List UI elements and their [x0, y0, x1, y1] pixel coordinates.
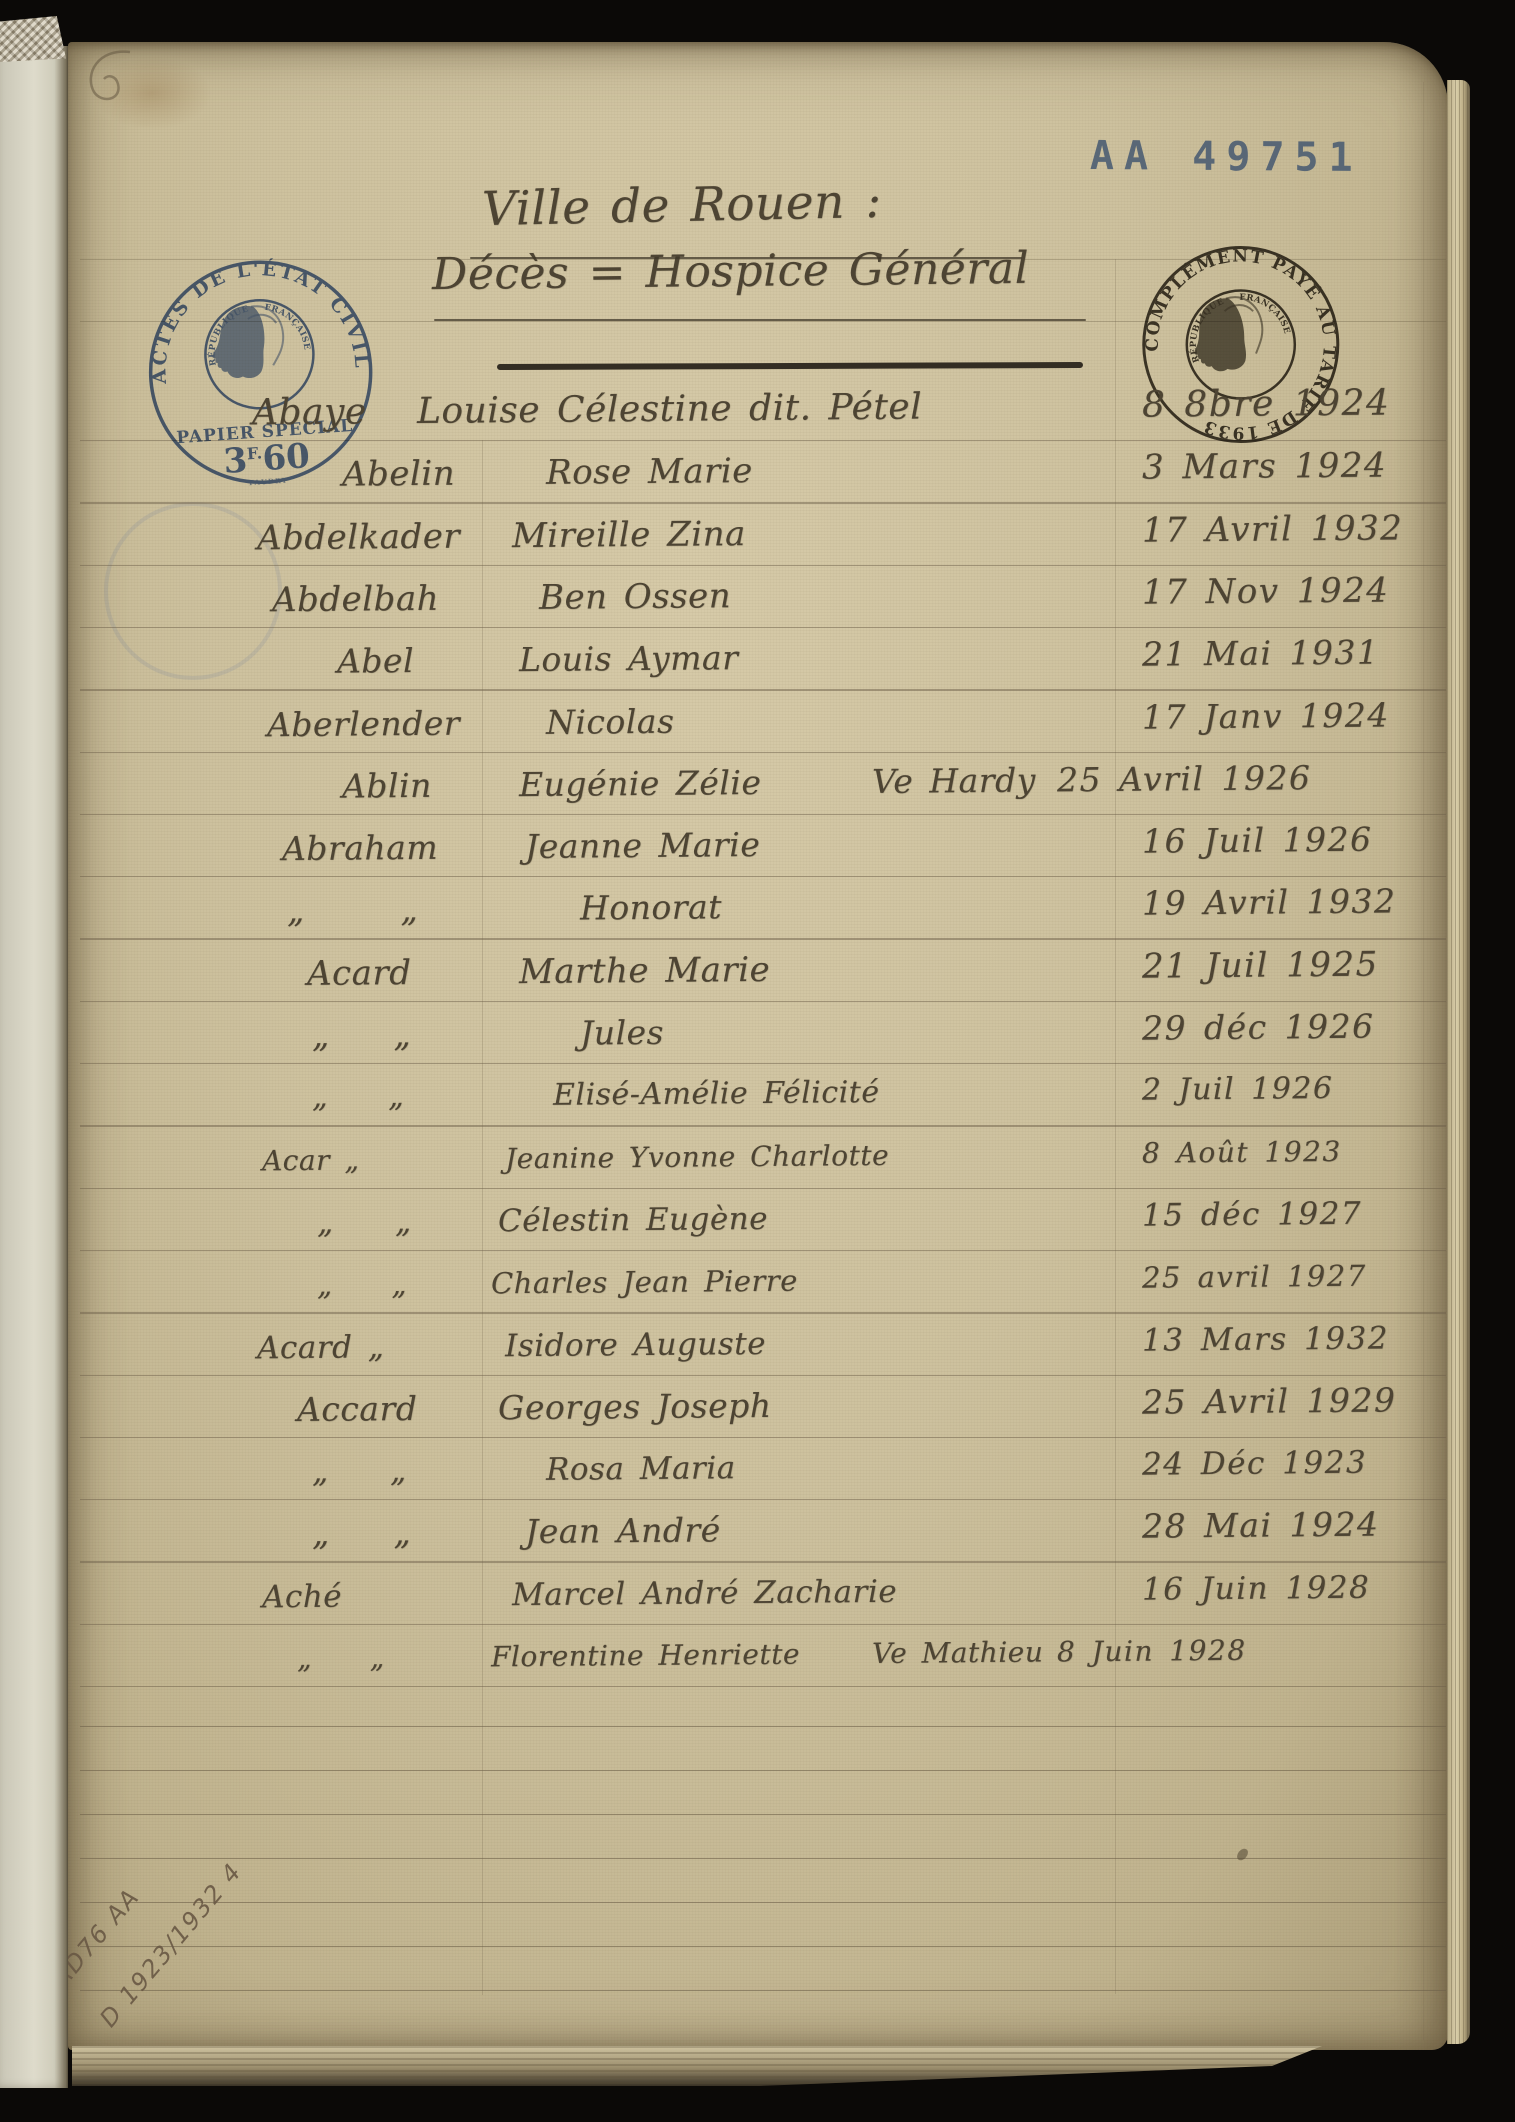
entry-death-date: 8 Juin 1928 — [1057, 1619, 1247, 1685]
entry-given-names: Charles Jean Pierre — [491, 1249, 798, 1316]
entry-death-date: 8 8bre 1924 — [1142, 371, 1391, 437]
entry-death-date: 17 Nov 1924 — [1142, 558, 1390, 624]
serial-number-stamp: AA 49751 — [1090, 133, 1363, 181]
entry-surname: „ „ — [287, 878, 419, 943]
entry-widow-note: Ve Mathieu — [872, 1621, 1044, 1686]
entry-given-names: Nicolas — [546, 689, 675, 754]
horizontal-rule — [80, 1990, 1446, 1991]
entry-death-date: 17 Avril 1932 — [1142, 496, 1404, 562]
entry-death-date: 21 Mai 1931 — [1142, 621, 1380, 687]
entry-given-names: Louise Célestine dit. Pétel — [417, 376, 923, 444]
entry-given-names: Jules — [580, 1001, 665, 1066]
entry-given-names: Jeanne Marie — [525, 813, 761, 879]
entry-death-date: 25 Avril 1929 — [1142, 1368, 1397, 1434]
page-stack-edge-bottom — [72, 2046, 1322, 2086]
entry-death-date: 29 déc 1926 — [1142, 995, 1375, 1061]
entry-surname: Accard — [297, 1377, 418, 1442]
entry-surname: Ablin — [342, 754, 432, 819]
entry-surname: Abel — [337, 629, 415, 694]
horizontal-rule — [80, 1946, 1446, 1947]
entry-surname: Abaye — [252, 380, 367, 445]
entry-death-date: 24 Déc 1923 — [1142, 1431, 1368, 1497]
entry-death-date: 16 Juin 1928 — [1142, 1555, 1371, 1621]
entry-death-date: 28 Mai 1924 — [1142, 1493, 1380, 1559]
entry-surname: Abdelbah — [272, 567, 440, 632]
entry-surname: Acard „ — [257, 1315, 385, 1380]
entry-given-names: Mireille Zina — [512, 502, 746, 568]
entry-death-date: 3 Mars 1924 — [1142, 434, 1388, 500]
entry-given-names: Florentine Henriette — [491, 1623, 800, 1690]
entry-given-names: Louis Aymar — [519, 626, 739, 692]
entry-surname: „ „ — [312, 1065, 405, 1130]
entry-given-names: Célestin Eugène — [498, 1187, 769, 1253]
entry-surname: Abdelkader — [257, 504, 461, 570]
entry-surname: Abelin — [342, 442, 456, 507]
entry-death-date: 2 Juil 1926 — [1142, 1057, 1334, 1123]
entry-death-date: 16 Juil 1926 — [1142, 808, 1373, 874]
entry-death-date: 25 Avril 1926 — [1057, 746, 1312, 812]
entry-surname: „ „ — [317, 1190, 412, 1255]
entry-death-date: 13 Mars 1932 — [1142, 1306, 1390, 1372]
page-title: Ville de Rouen : — [481, 174, 882, 237]
entry-given-names: Marcel André Zacharie — [512, 1559, 898, 1626]
horizontal-rule — [80, 1726, 1446, 1727]
entry-surname: Acar „ — [262, 1128, 360, 1193]
entry-surname: „ „ — [312, 1439, 407, 1504]
entry-given-names: Georges Joseph — [498, 1374, 772, 1440]
entry-death-date: 25 avril 1927 — [1142, 1244, 1367, 1310]
entry-surname: Aché — [262, 1564, 343, 1629]
book-spine-cloth — [0, 16, 66, 62]
entry-given-names: Marthe Marie — [519, 938, 771, 1004]
pencil-flourish — [78, 46, 148, 116]
scanned-register-page: Ville de Rouen : Décès = Hospice Général… — [0, 0, 1515, 2122]
entry-surname: Abraham — [282, 816, 439, 881]
entry-widow-note: Ve Hardy — [872, 748, 1036, 813]
entry-surname: Aberlender — [267, 691, 461, 757]
entry-given-names: Eugénie Zélie — [519, 751, 762, 817]
entry-surname: „ „ — [312, 1003, 412, 1068]
entry-surname: „ „ — [312, 1501, 412, 1566]
entry-death-date: 21 Juil 1925 — [1142, 932, 1379, 998]
entry-given-names: Elisé-Amélie Félicité — [553, 1061, 880, 1128]
subtitle-underline — [434, 319, 1086, 321]
entry-surname: Acard — [307, 941, 412, 1006]
entry-given-names: Isidore Auguste — [505, 1311, 767, 1377]
entry-given-names: Honorat — [580, 876, 723, 941]
page-subtitle: Décès = Hospice Général — [432, 243, 1030, 300]
entry-death-date: 15 déc 1927 — [1142, 1182, 1363, 1248]
entry-death-date: 8 Août 1923 — [1142, 1119, 1342, 1185]
entry-given-names: Jean André — [525, 1499, 721, 1565]
horizontal-rule — [80, 1814, 1446, 1815]
entry-given-names: Rosa Maria — [546, 1436, 736, 1502]
entry-surname: „ „ — [297, 1626, 385, 1691]
entry-given-names: Ben Ossen — [539, 564, 732, 630]
entry-given-names: Rose Marie — [546, 439, 753, 505]
entry-death-date: 19 Avril 1932 — [1142, 870, 1397, 936]
horizontal-rule — [80, 1770, 1446, 1771]
register-entry: „ „ Florentine Henriette Ve Mathieu 8 Ju… — [0, 1616, 1515, 1695]
flyleaf-edge — [0, 46, 68, 2088]
entry-given-names: Jeanine Yvonne Charlotte — [505, 1123, 890, 1190]
page-stack-edge-right — [1447, 80, 1470, 2044]
entry-death-date: 17 Janv 1924 — [1142, 683, 1390, 749]
entry-surname: „ „ — [317, 1252, 407, 1317]
title-underline — [470, 257, 1022, 259]
horizontal-rule — [80, 1902, 1446, 1903]
